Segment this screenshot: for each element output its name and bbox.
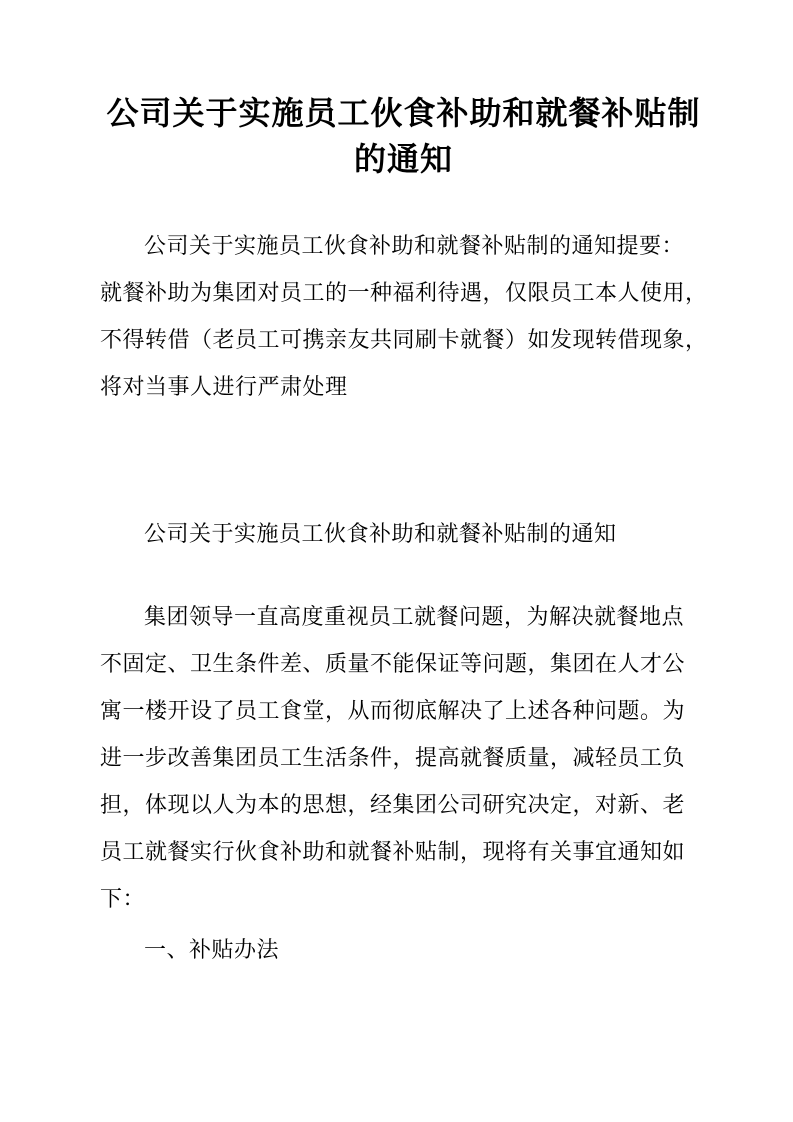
doc-title-line-2: 的通知 bbox=[100, 136, 707, 182]
text-line: 进一步改善集团员工生活条件，提高就餐质量，减轻员工负 bbox=[100, 734, 707, 781]
doc-title: 公司关于实施员工伙食补助和就餐补贴制 的通知 bbox=[100, 90, 707, 182]
text-line: 就餐补助为集团对员工的一种福利待遇，仅限员工本人使用， bbox=[100, 269, 707, 316]
document-page: 公司关于实施员工伙食补助和就餐补贴制 的通知 公司关于实施员工伙食补助和就餐补贴… bbox=[0, 0, 793, 1122]
text-line: 一、补贴办法 bbox=[100, 926, 707, 973]
text-line: 不固定、卫生条件差、质量不能保证等问题，集团在人才公 bbox=[100, 640, 707, 687]
text-line: 寓一楼开设了员工食堂，从而彻底解决了上述各种问题。为 bbox=[100, 687, 707, 734]
section-title: 公司关于实施员工伙食补助和就餐补贴制的通知 bbox=[100, 510, 707, 557]
summary-paragraph: 公司关于实施员工伙食补助和就餐补贴制的通知提要： 就餐补助为集团对员工的一种福利… bbox=[100, 222, 707, 410]
text-line: 不得转借（老员工可携亲友共同刷卡就餐）如发现转借现象， bbox=[100, 316, 707, 363]
text-line: 公司关于实施员工伙食补助和就餐补贴制的通知提要： bbox=[100, 222, 707, 269]
text-line: 公司关于实施员工伙食补助和就餐补贴制的通知 bbox=[100, 510, 707, 557]
doc-title-line-1: 公司关于实施员工伙食补助和就餐补贴制 bbox=[100, 90, 707, 136]
list-heading: 一、补贴办法 bbox=[100, 926, 707, 973]
text-line: 担，体现以人为本的思想，经集团公司研究决定，对新、老 bbox=[100, 781, 707, 828]
body-paragraph: 集团领导一直高度重视员工就餐问题，为解决就餐地点 不固定、卫生条件差、质量不能保… bbox=[100, 593, 707, 922]
text-line: 员工就餐实行伙食补助和就餐补贴制，现将有关事宜通知如 bbox=[100, 828, 707, 875]
text-line: 集团领导一直高度重视员工就餐问题，为解决就餐地点 bbox=[100, 593, 707, 640]
text-line: 下： bbox=[100, 875, 707, 922]
text-line: 将对当事人进行严肃处理 bbox=[100, 363, 707, 410]
